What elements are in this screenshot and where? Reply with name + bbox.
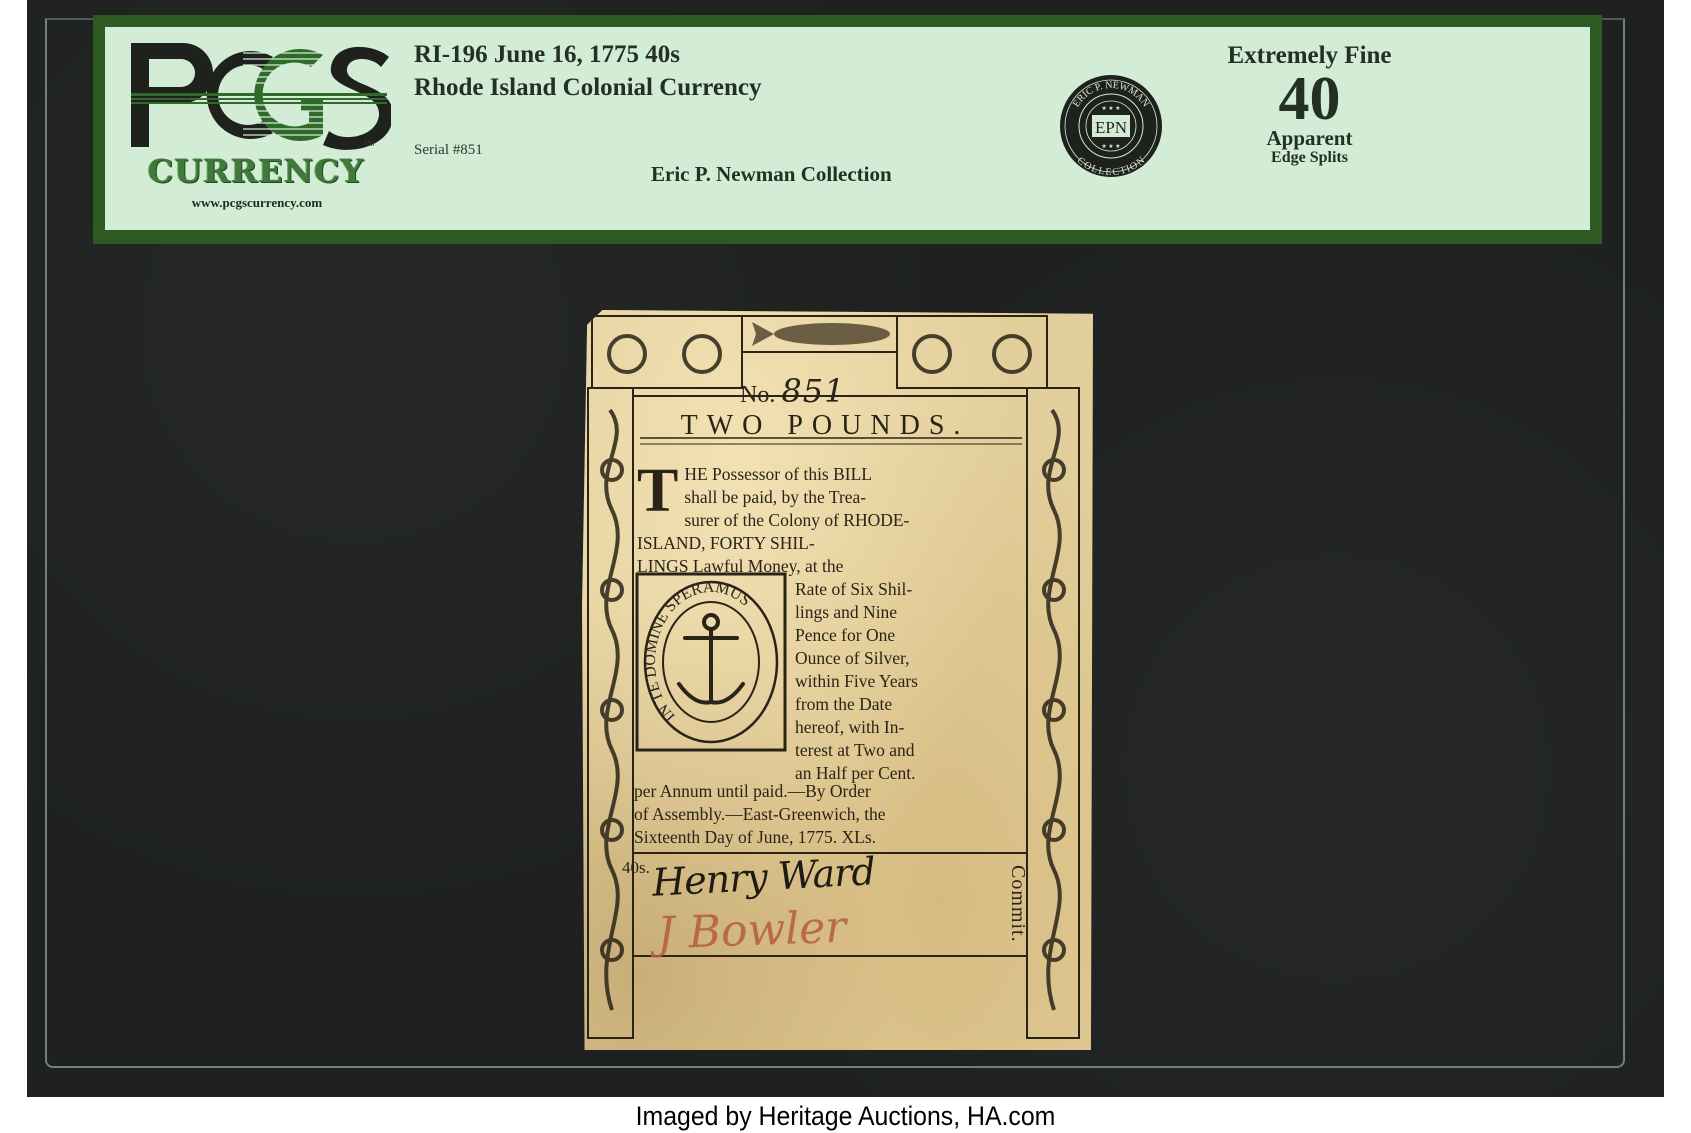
issue-title: Rhode Island Colonial Currency xyxy=(414,74,762,102)
body-line: HE Possessor of this BILL xyxy=(637,463,1025,486)
grade-qualifier: Apparent xyxy=(1202,127,1417,149)
body-line: surer of the Colony of RHODE- xyxy=(637,509,1025,532)
svg-text:IN TE DOMINE SPERAMUS: IN TE DOMINE SPERAMUS xyxy=(642,579,754,725)
footer-line: Sixteenth Day of June, 1775. XLs. xyxy=(634,826,1026,849)
label-panel: TM CURRENCY www.pcgscurrency.com RI-196 … xyxy=(105,27,1590,230)
trademark-mark: TM xyxy=(363,139,375,148)
fish-icon xyxy=(752,322,890,346)
grade-block: Extremely Fine 40 Apparent Edge Splits xyxy=(1202,41,1417,167)
epn-collection-seal-icon: ERIC P. NEWMAN COLLECTION EPN ★ ★ ★ ★ ★ … xyxy=(1059,74,1163,178)
slab-holder: TM CURRENCY www.pcgscurrency.com RI-196 … xyxy=(27,0,1664,1097)
pcgs-logo-icon xyxy=(123,39,391,151)
note-footer-text: per Annum until paid.—By Order of Assemb… xyxy=(634,780,1026,849)
footer-line: per Annum until paid.—By Order xyxy=(634,780,1026,803)
catalog-title: RI-196 June 16, 1775 40s xyxy=(414,41,680,69)
website-url: www.pcgscurrency.com xyxy=(123,195,391,211)
committee-label: Commit. xyxy=(1006,865,1029,943)
pcgs-currency-logo: TM CURRENCY www.pcgscurrency.com xyxy=(123,39,391,217)
svg-text:EPN: EPN xyxy=(1095,118,1127,137)
svg-text:★ ★ ★: ★ ★ ★ xyxy=(1101,105,1120,112)
serial-prefix: No. xyxy=(740,382,775,408)
serial-number: Serial #851 xyxy=(414,142,483,159)
svg-text:★ ★ ★: ★ ★ ★ xyxy=(1101,143,1120,150)
grade-comment: Edge Splits xyxy=(1202,149,1417,167)
handwritten-serial: 851 xyxy=(781,372,845,410)
drop-cap: T xyxy=(637,467,678,515)
pedigree-collection: Eric P. Newman Collection xyxy=(651,162,892,187)
currency-wordmark: CURRENCY xyxy=(125,152,387,190)
body-line: shall be paid, by the Trea- xyxy=(637,486,1025,509)
denomination: TWO POUNDS. xyxy=(640,410,1010,442)
note-serial: No.851 xyxy=(740,372,845,410)
pcgs-label: TM CURRENCY www.pcgscurrency.com RI-196 … xyxy=(93,15,1602,244)
anchor-seal-icon: IN TE DOMINE SPERAMUS xyxy=(635,572,787,752)
value-mark: 40s. xyxy=(622,858,650,878)
body-line: ISLAND, FORTY SHIL- xyxy=(637,532,1025,555)
signature-bowler: J Bowler xyxy=(656,902,847,960)
colonial-banknote: No.851 TWO POUNDS. T HE Possessor of thi… xyxy=(582,310,1093,1050)
image-credit: Imaged by Heritage Auctions, HA.com xyxy=(68,1099,1624,1133)
grade-number: 40 xyxy=(1202,73,1417,125)
footer-line: of Assembly.—East-Greenwich, the xyxy=(634,803,1026,826)
